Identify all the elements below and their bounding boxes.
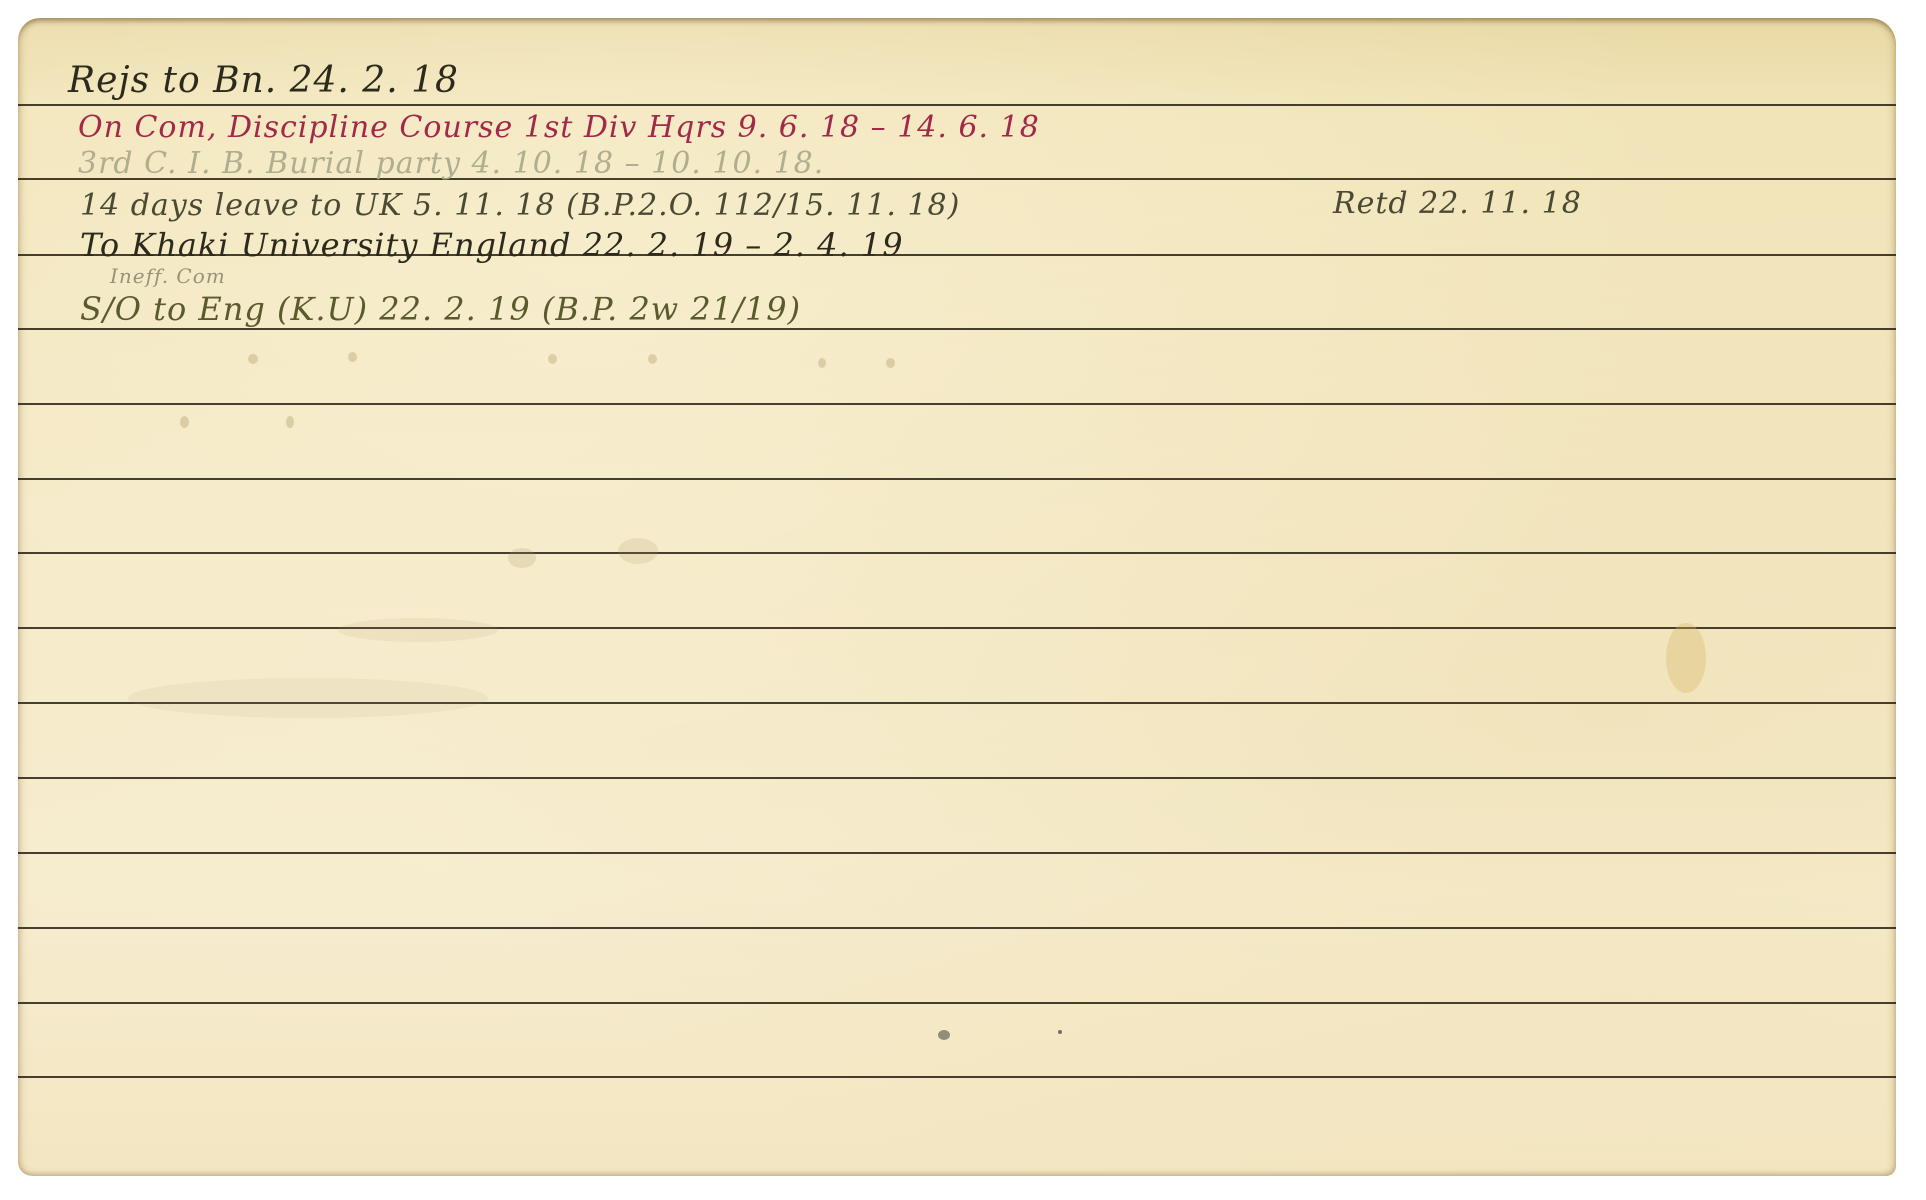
- ruled-line: [18, 104, 1896, 106]
- entry-discipline-course: On Com, Discipline Course 1st Div Hqrs 9…: [78, 110, 1040, 145]
- stain-mark: [338, 618, 498, 642]
- stain-mark: [886, 358, 895, 368]
- entry-ineff-com-note: Ineff. Com: [110, 264, 226, 288]
- stain-mark: [128, 678, 488, 718]
- stain-mark: [618, 538, 658, 564]
- ruled-line: [18, 552, 1896, 554]
- stain-mark: [508, 548, 536, 568]
- entry-leave-to-uk: 14 days leave to UK 5. 11. 18 (B.P.2.O. …: [80, 188, 960, 223]
- ruled-line: [18, 403, 1896, 405]
- stain-mark: [648, 354, 657, 364]
- ruled-line: [18, 478, 1896, 480]
- stain-mark: [180, 416, 189, 428]
- entry-khaki-university: To Khaki University England 22. 2. 19 – …: [80, 226, 904, 264]
- entry-struck-off-to-england: S/O to Eng (K.U) 22. 2. 19 (B.P. 2w 21/1…: [80, 290, 801, 328]
- ruled-line: [18, 328, 1896, 330]
- stain-mark: [818, 358, 826, 368]
- ruled-line: [18, 1002, 1896, 1004]
- stain-mark: [1058, 1030, 1062, 1034]
- stain-mark: [248, 354, 258, 364]
- stain-mark: [1666, 623, 1706, 693]
- entry-rejoined-battalion: Rejs to Bn. 24. 2. 18: [68, 60, 459, 101]
- ruled-line: [18, 927, 1896, 929]
- stain-mark: [286, 416, 294, 428]
- ruled-line: [18, 777, 1896, 779]
- stain-mark: [938, 1030, 950, 1040]
- record-card: Rejs to Bn. 24. 2. 18 On Com, Discipline…: [18, 18, 1896, 1176]
- entry-returned-annotation: Retd 22. 11. 18: [1333, 186, 1582, 221]
- entry-burial-party: 3rd C. I. B. Burial party 4. 10. 18 – 10…: [78, 146, 824, 181]
- ruled-line: [18, 627, 1896, 629]
- ruled-line: [18, 1076, 1896, 1078]
- stain-mark: [548, 354, 557, 364]
- stain-mark: [348, 352, 357, 362]
- ruled-line: [18, 852, 1896, 854]
